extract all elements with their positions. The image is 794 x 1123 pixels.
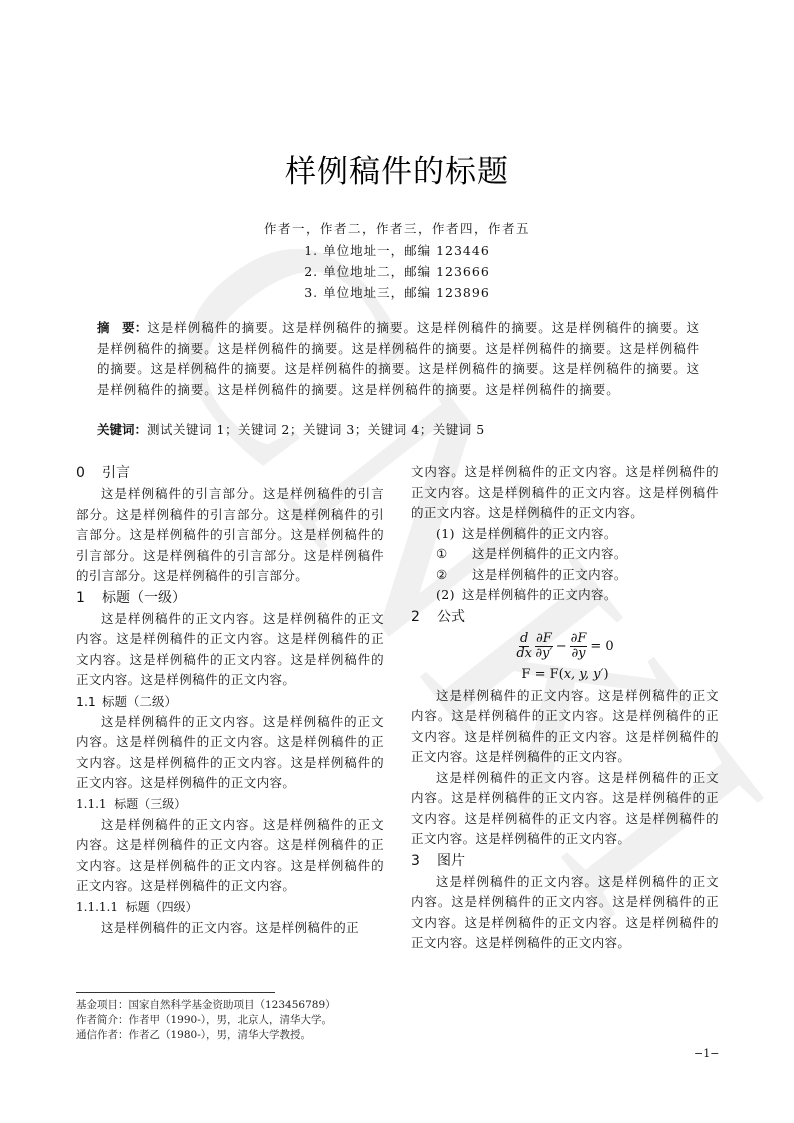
equation-lhs: F = F( bbox=[521, 667, 563, 682]
section-heading-2: 2公式 bbox=[411, 606, 719, 628]
keywords-text: 测试关键词 1；关键词 2；关键词 3；关键词 4；关键词 5 bbox=[147, 422, 485, 437]
footnotes: 基金项目：国家自然科学基金资助项目（123456789） 作者简介：作者甲（19… bbox=[76, 998, 336, 1043]
paragraph: 这是样例稿件的正文内容。这是样例稿件的正文内容。这是样例稿件的正文内容。这是样例… bbox=[411, 768, 719, 850]
section-title: 公式 bbox=[437, 609, 465, 625]
paragraph: 这是样例稿件的正文内容。这是样例稿件的正文内容。这是样例稿件的正文内容。这是样例… bbox=[411, 872, 719, 954]
numerator: ∂F bbox=[535, 632, 553, 647]
paragraph: 这是样例稿件的正文内容。这是样例稿件的正文内容。这是样例稿件的正文内容。这是样例… bbox=[76, 815, 384, 897]
section-heading-0: 0引言 bbox=[76, 462, 384, 484]
list-marker: (2) bbox=[436, 585, 462, 606]
list-text: 这是样例稿件的正文内容。 bbox=[462, 526, 617, 541]
list-item: (2)这是样例稿件的正文内容。 bbox=[411, 585, 719, 606]
denominator: dx bbox=[516, 647, 532, 661]
denominator: ∂y bbox=[571, 647, 585, 661]
list-marker: (1) bbox=[436, 524, 462, 545]
author-list: 作者一，作者二，作者三，作者四，作者五 bbox=[0, 219, 794, 237]
fraction: ∂F∂y′ bbox=[535, 632, 553, 661]
equation-functional: F = F(x, y, y′) bbox=[411, 664, 719, 686]
list-text: 这是样例稿件的正文内容。 bbox=[472, 567, 627, 582]
affiliation-item: 3. 单位地址三，邮编 123896 bbox=[0, 282, 794, 303]
list-text: 这是样例稿件的正文内容。 bbox=[462, 587, 617, 602]
section-title: 标题（二级） bbox=[102, 694, 177, 709]
right-column: 文内容。这是样例稿件的正文内容。这是样例稿件的正文内容。这是样例稿件的正文内容。… bbox=[411, 462, 719, 954]
numerator: ∂F bbox=[570, 632, 588, 647]
footnote-rule bbox=[76, 992, 275, 993]
section-title: 标题（三级） bbox=[114, 797, 186, 811]
abstract-text: 这是样例稿件的摘要。这是样例稿件的摘要。这是样例稿件的摘要。这是样例稿件的摘要。… bbox=[97, 320, 700, 397]
paragraph: 这是样例稿件的引言部分。这是样例稿件的引言部分。这是样例稿件的引言部分。这是样例… bbox=[76, 484, 384, 587]
keywords: 关键词：测试关键词 1；关键词 2；关键词 3；关键词 4；关键词 5 bbox=[97, 420, 700, 440]
section-heading-1-1: 1.1标题（二级） bbox=[76, 691, 384, 712]
section-number: 2 bbox=[411, 606, 437, 628]
paragraph-continued: 文内容。这是样例稿件的正文内容。这是样例稿件的正文内容。这是样例稿件的正文内容。… bbox=[411, 462, 719, 524]
section-heading-1-1-1-1: 1.1.1.1 标题（四级） bbox=[76, 897, 384, 918]
footnote-author-bio: 作者简介：作者甲（1990-），男，北京人，清华大学。 bbox=[76, 1013, 336, 1028]
list-marker: ① bbox=[436, 544, 472, 565]
list-text: 这是样例稿件的正文内容。 bbox=[472, 546, 627, 561]
minus-sign: − bbox=[556, 639, 567, 654]
section-number: 1.1.1.1 bbox=[76, 900, 118, 914]
section-title: 图片 bbox=[437, 853, 465, 869]
list-item: (1)这是样例稿件的正文内容。 bbox=[411, 524, 719, 545]
denominator: ∂y′ bbox=[535, 647, 552, 661]
paragraph: 这是样例稿件的正文内容。这是样例稿件的正文内容。这是样例稿件的正文内容。这是样例… bbox=[76, 712, 384, 794]
section-number: 1.1 bbox=[76, 691, 102, 712]
equation-close: ) bbox=[603, 667, 608, 682]
section-title: 标题（四级） bbox=[126, 900, 198, 914]
affiliation-item: 1. 单位地址一，邮编 123446 bbox=[0, 240, 794, 261]
list-item: ①这是样例稿件的正文内容。 bbox=[411, 544, 719, 565]
section-heading-1: 1标题（一级） bbox=[76, 587, 384, 609]
keywords-label: 关键词： bbox=[97, 422, 147, 437]
section-heading-3: 3图片 bbox=[411, 850, 719, 872]
paragraph: 这是样例稿件的正文内容。这是样例稿件的正 bbox=[76, 918, 384, 939]
affiliation-list: 1. 单位地址一，邮编 123446 2. 单位地址二，邮编 123666 3.… bbox=[0, 240, 794, 303]
section-heading-1-1-1: 1.1.1 标题（三级） bbox=[76, 794, 384, 815]
footnote-funding: 基金项目：国家自然科学基金资助项目（123456789） bbox=[76, 998, 336, 1013]
equation-euler-lagrange: ddx ∂F∂y′ − ∂F∂y = 0 bbox=[411, 630, 719, 664]
section-number: 3 bbox=[411, 850, 437, 872]
affiliation-item: 2. 单位地址二，邮编 123666 bbox=[0, 261, 794, 282]
abstract: 摘 要：这是样例稿件的摘要。这是样例稿件的摘要。这是样例稿件的摘要。这是样例稿件… bbox=[97, 318, 700, 400]
list-item: ②这是样例稿件的正文内容。 bbox=[411, 565, 719, 586]
paragraph: 这是样例稿件的正文内容。这是样例稿件的正文内容。这是样例稿件的正文内容。这是样例… bbox=[76, 609, 384, 691]
fraction: ddx bbox=[516, 632, 532, 661]
section-title: 标题（一级） bbox=[102, 590, 186, 606]
paper-title: 样例稿件的标题 bbox=[0, 146, 794, 191]
list-marker: ② bbox=[436, 565, 472, 586]
numerator: d bbox=[519, 632, 529, 647]
left-column: 0引言 这是样例稿件的引言部分。这是样例稿件的引言部分。这是样例稿件的引言部分。… bbox=[76, 462, 384, 938]
equation-args: x, y, y′ bbox=[564, 667, 604, 682]
paper-page: 样例稿件的标题 作者一，作者二，作者三，作者四，作者五 1. 单位地址一，邮编 … bbox=[0, 0, 794, 1123]
section-number: 1.1.1 bbox=[76, 797, 107, 811]
paragraph: 这是样例稿件的正文内容。这是样例稿件的正文内容。这是样例稿件的正文内容。这是样例… bbox=[411, 686, 719, 768]
fraction: ∂F∂y bbox=[570, 632, 588, 661]
section-number: 1 bbox=[76, 587, 102, 609]
page-number: −1− bbox=[694, 1047, 719, 1060]
abstract-label: 摘 要： bbox=[97, 320, 147, 335]
equation-rhs: = 0 bbox=[590, 639, 613, 654]
footnote-corresponding-author: 通信作者：作者乙（1980-），男，清华大学教授。 bbox=[76, 1028, 336, 1043]
section-title: 引言 bbox=[102, 465, 130, 481]
section-number: 0 bbox=[76, 462, 102, 484]
